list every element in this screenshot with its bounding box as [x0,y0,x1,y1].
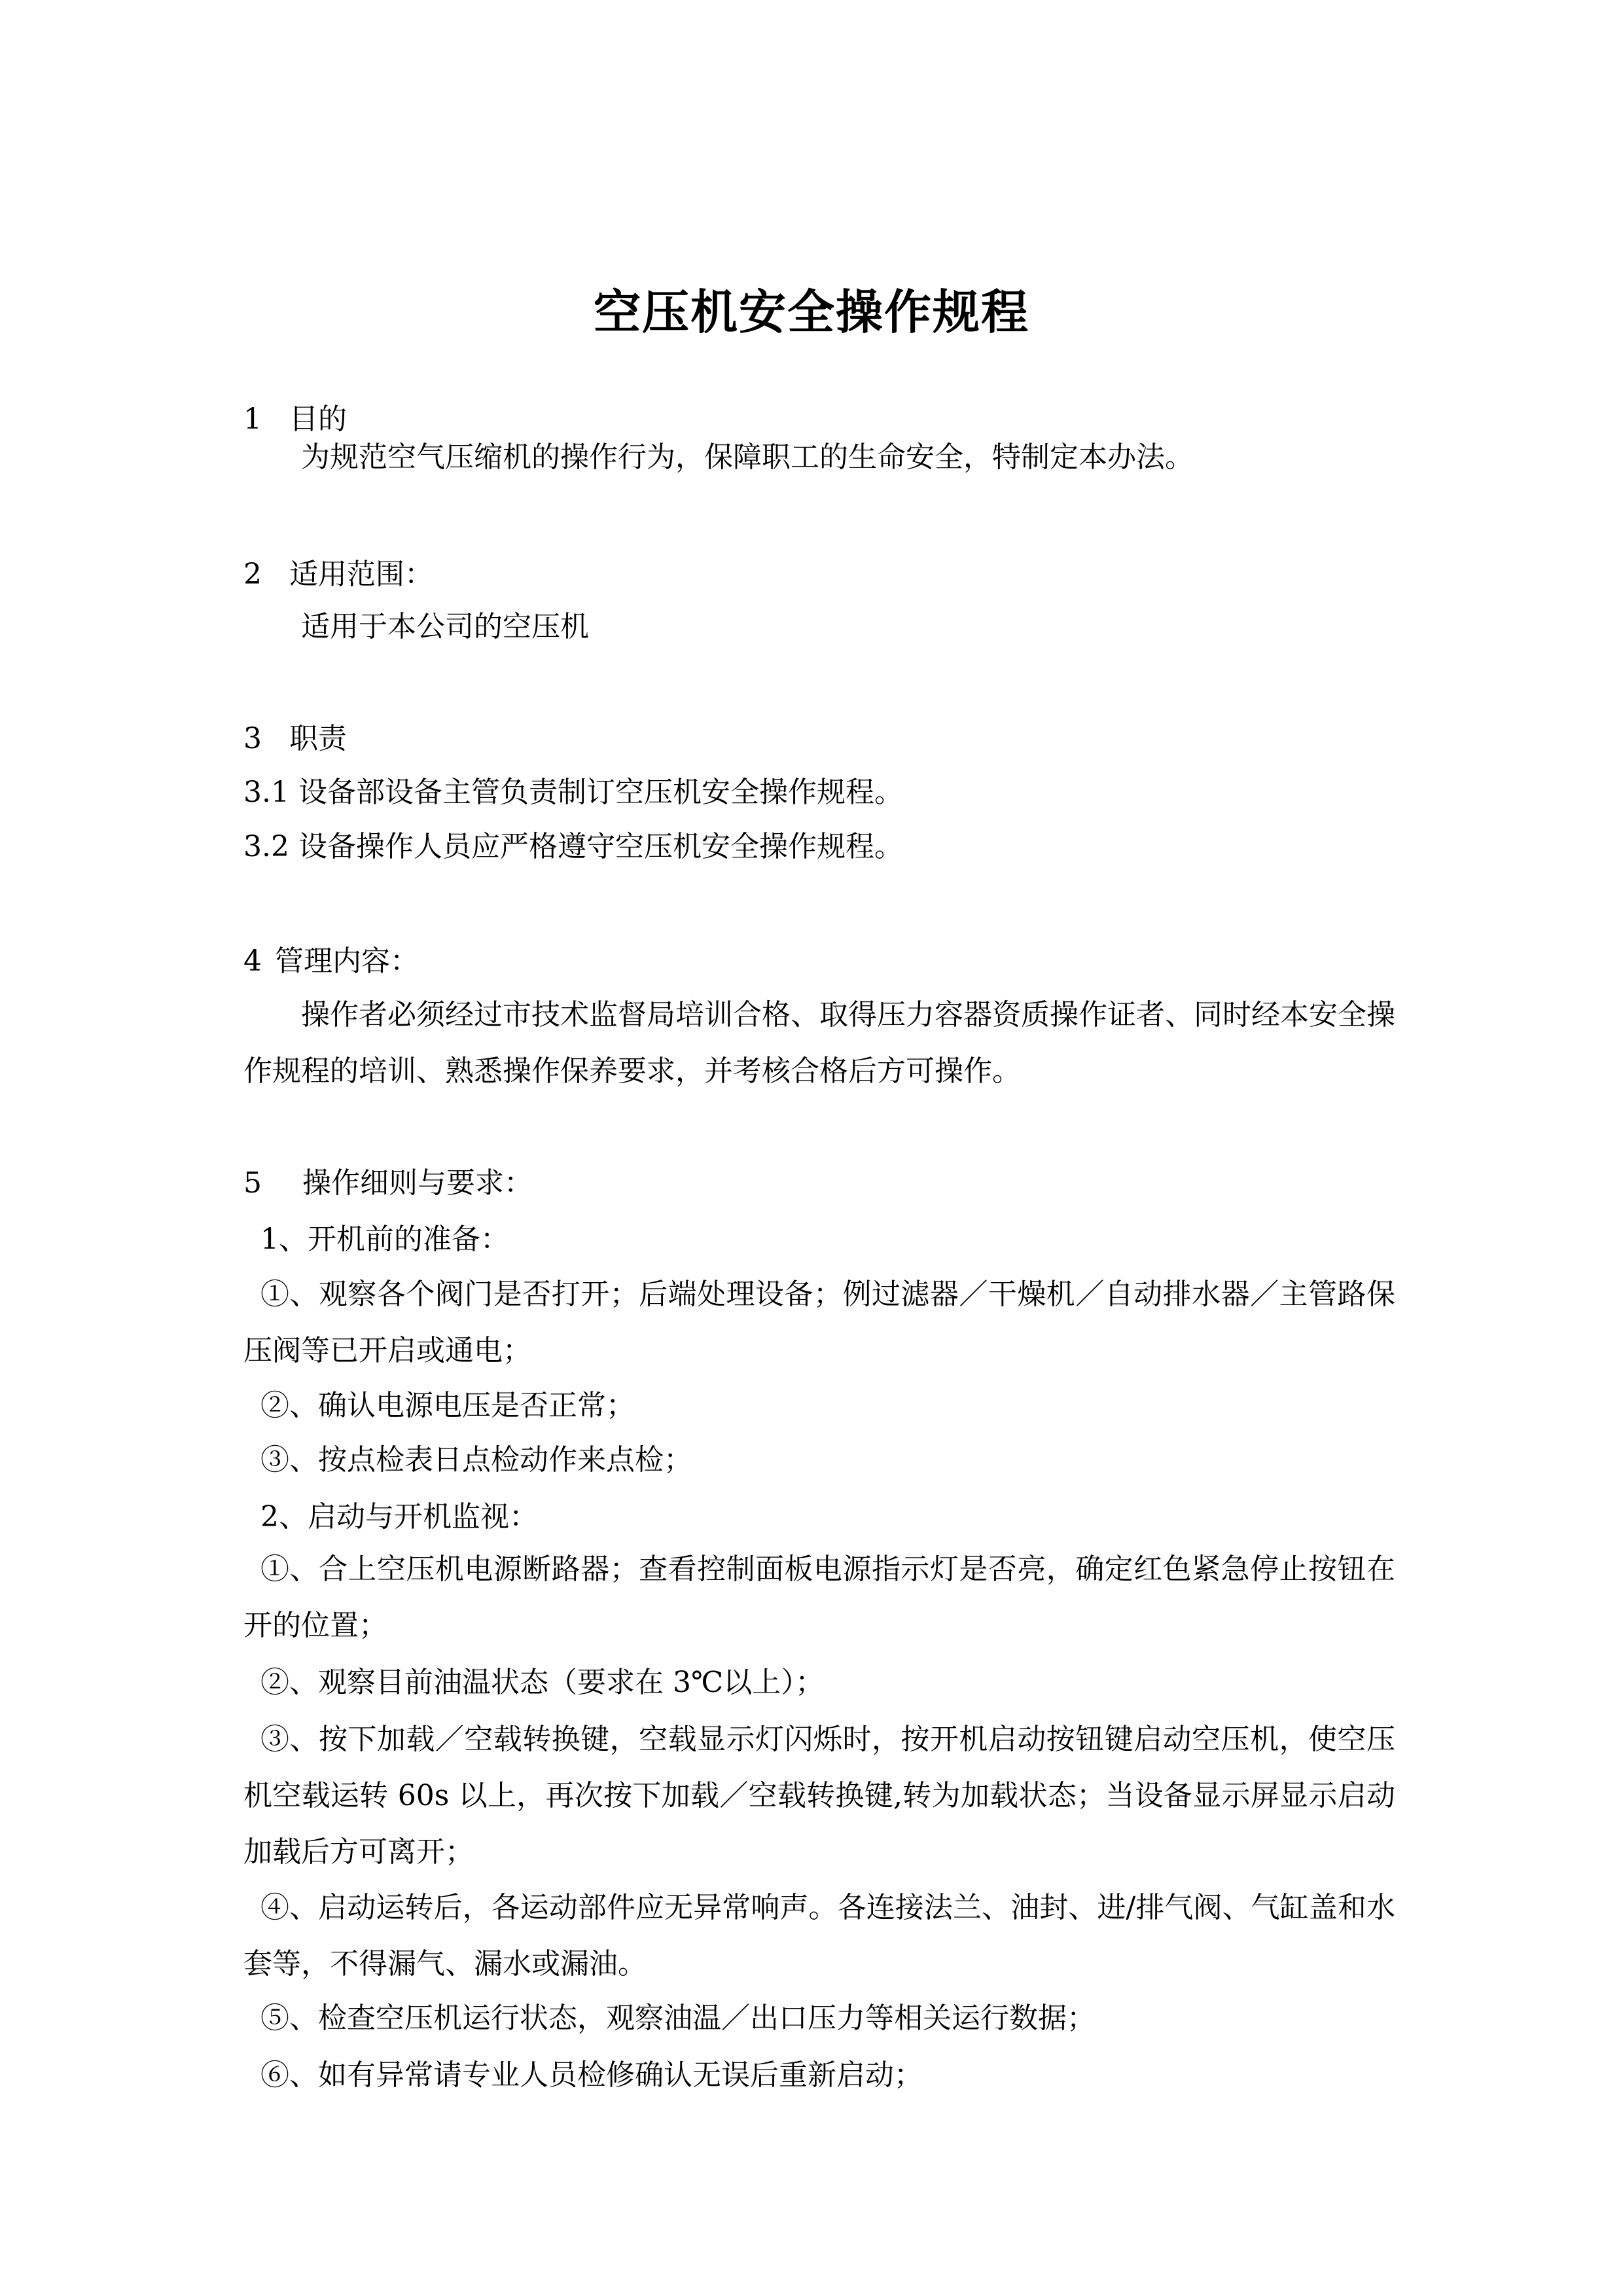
section-heading-responsibility: 3职责 [243,711,1395,767]
document-page: 空压机安全操作规程 1目的 为规范空气压缩机的操作行为，保障职工的生命安全，特制… [0,0,1623,2296]
section-number: 5 [243,1155,302,1211]
section-heading-text: 操作细则与要求： [302,1166,533,1200]
document-title: 空压机安全操作规程 [0,285,1623,340]
item-startup-2: ②、观察目前油温状态（要求在 3℃以上）； [243,1655,1395,1711]
item-prep-header: 1、开机前的准备： [243,1211,1395,1268]
section-heading-text: 管理内容： [275,944,419,978]
section-number: 2 [243,547,289,603]
item-startup-1: ①、合上空压机电源断路器；查看控制面板电源指示灯是否亮，确定红色紧急停止按钮在开… [243,1541,1395,1654]
section-number: 3 [243,711,289,767]
item-startup-5: ⑤、检查空压机运行状态，观察油温／出口压力等相关运行数据； [243,1990,1395,2047]
item-startup-3: ③、按下加载／空载转换键，空载显示灯闪烁时，按开机启动按钮键启动空压机，使空压机… [243,1712,1395,1880]
section-heading-text: 职责 [289,722,347,755]
section-heading-operation-rules: 5操作细则与要求： [243,1155,1395,1211]
scope-paragraph: 适用于本公司的空压机 [243,599,1395,655]
item-startup-6: ⑥、如有异常请专业人员检修确认无误后重新启动； [243,2047,1395,2104]
responsibility-item-3-1: 3.1 设备部设备主管负责制订空压机安全操作规程。 [243,764,1395,821]
management-paragraph: 操作者必须经过市技术监督局培训合格、取得压力容器资质操作证者、同时经本安全操作规… [243,987,1395,1100]
purpose-paragraph: 为规范空气压缩机的操作行为，保障职工的生命安全，特制定本办法。 [243,429,1395,486]
item-prep-2: ②、确认电源电压是否正常； [243,1378,1395,1434]
section-number: 4 [243,933,275,990]
item-prep-3: ③、按点检表日点检动作来点检； [243,1432,1395,1488]
item-prep-1: ①、观察各个阀门是否打开；后端处理设备；例过滤器／干燥机／自动排水器／主管路保压… [243,1266,1395,1379]
item-startup-header: 2、启动与开机监视： [243,1489,1395,1545]
section-heading-scope: 2适用范围： [243,547,1395,603]
section-heading-management: 4管理内容： [243,933,1395,990]
responsibility-item-3-2: 3.2 设备操作人员应严格遵守空压机安全操作规程。 [243,819,1395,875]
section-heading-text: 适用范围： [289,558,433,591]
item-startup-4: ④、启动运转后，各运动部件应无异常响声。各连接法兰、油封、进/排气阀、气缸盖和水… [243,1880,1395,1992]
